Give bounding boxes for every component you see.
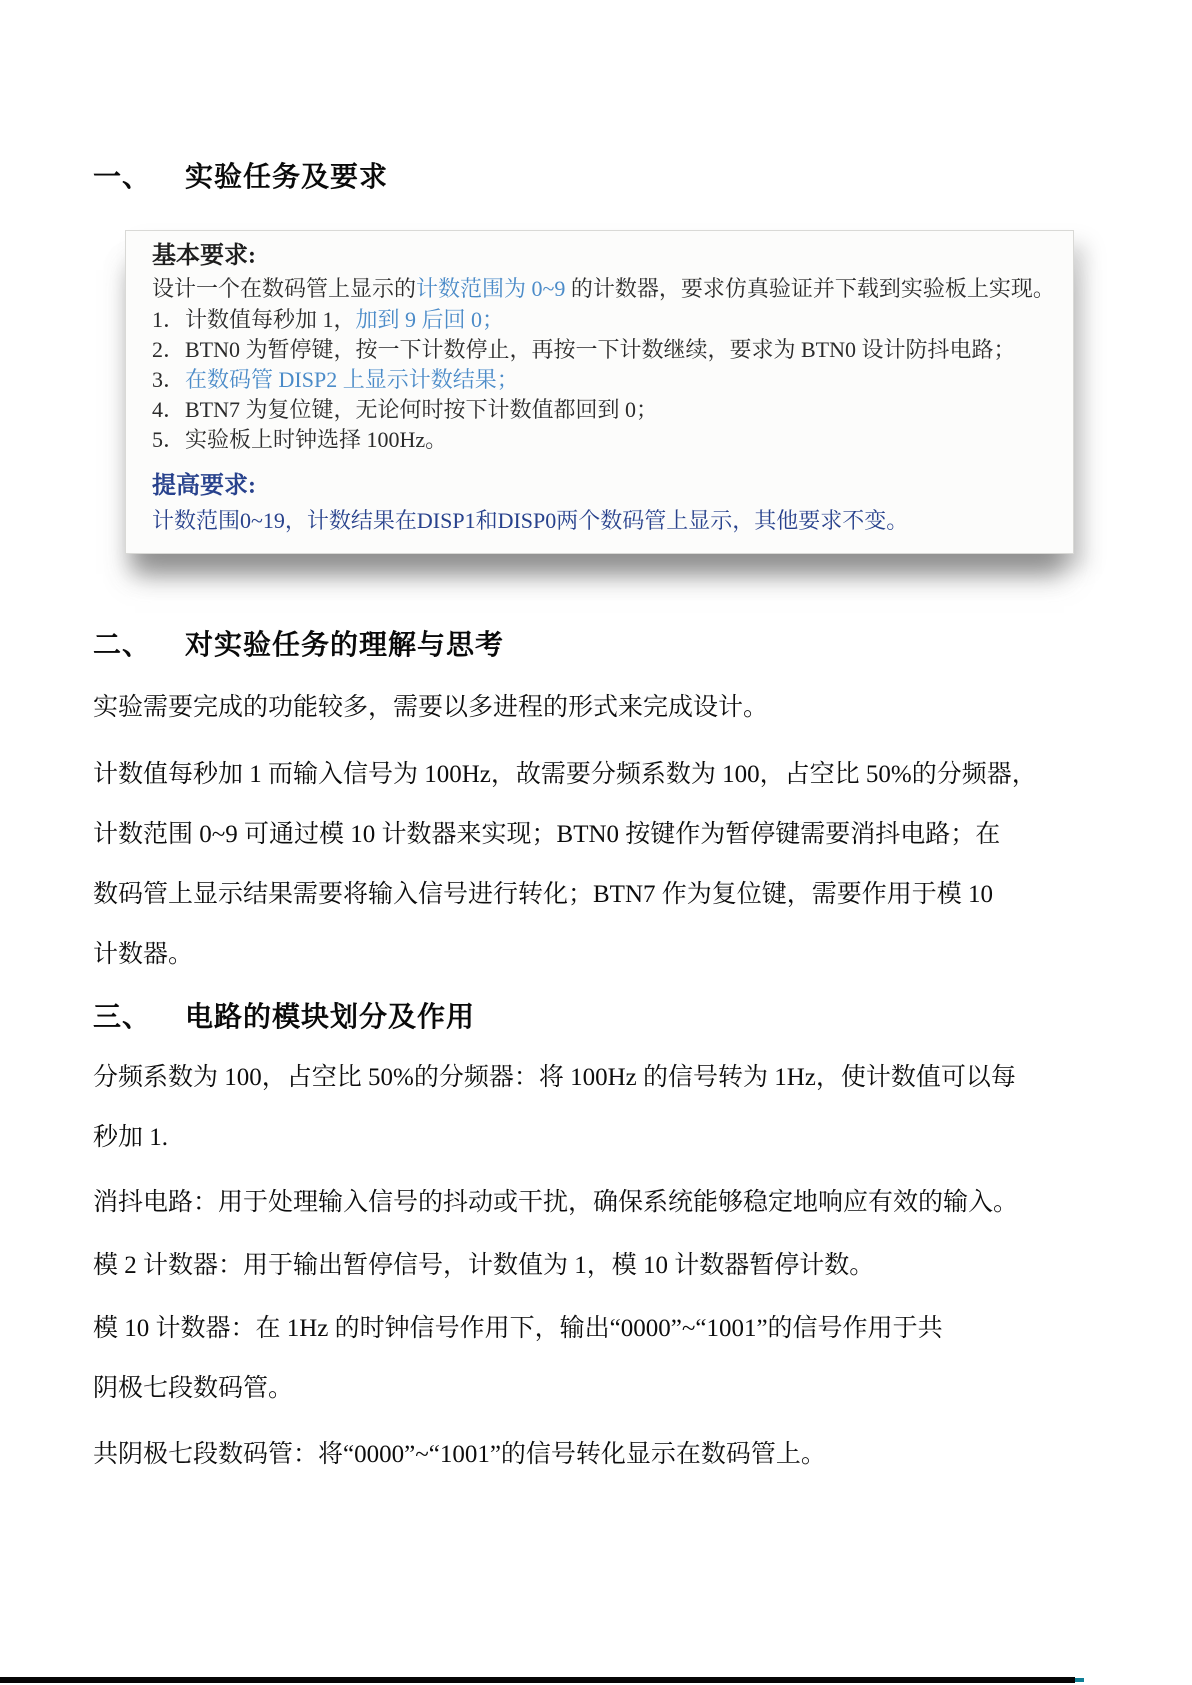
intro-text-post: 的计数器，要求仿真验证并下载到实验板上实现。 [565, 276, 1055, 301]
section3-paragraph-3: 模 2 计数器：用于输出暂停信号，计数值为 1，模 10 计数器暂停计数。 [93, 1236, 1113, 1296]
box-spacer [152, 455, 1073, 469]
bottom-scan-line [0, 1677, 1075, 1683]
requirements-screenshot-box: 基本要求: 设计一个在数码管上显示的计数范围为 0~9 的计数器，要求仿真验证并… [125, 230, 1074, 554]
intro-highlight: 计数范围为 0~9 [416, 276, 565, 301]
section1-title: 实验任务及要求 [185, 160, 388, 193]
section3-paragraph-5: 共阴极七段数码管：将“0000”~“1001”的信号转化显示在数码管上。 [93, 1425, 1113, 1485]
document-page: 一、实验任务及要求 基本要求: 设计一个在数码管上显示的计数范围为 0~9 的计… [0, 0, 1192, 1685]
advanced-requirements-label: 提高要求: [152, 469, 1073, 503]
section1-number: 一、 [93, 157, 151, 197]
section3-title: 电路的模块划分及作用 [185, 1000, 475, 1033]
section3-paragraph-2: 消抖电路：用于处理输入信号的抖动或干扰，确保系统能够稳定地响应有效的输入。 [93, 1173, 1113, 1233]
section2-heading: 二、对实验任务的理解与思考 [93, 625, 504, 665]
section2-number: 二、 [93, 625, 151, 665]
intro-text-pre: 设计一个在数码管上显示的 [152, 276, 416, 301]
requirement-item-2: 2．BTN0 为暂停键，按一下计数停止，再按一下计数继续，要求为 BTN0 设计… [152, 335, 1073, 365]
section3-paragraph-1: 分频系数为 100，占空比 50%的分频器：将 100Hz 的信号转为 1Hz，… [93, 1048, 1113, 1168]
section2-paragraph-2: 计数值每秒加 1 而输入信号为 100Hz，故需要分频系数为 100，占空比 5… [93, 745, 1113, 985]
requirements-intro-line: 设计一个在数码管上显示的计数范围为 0~9 的计数器，要求仿真验证并下载到实验板… [152, 273, 1073, 305]
requirement-item-4: 4．BTN7 为复位键，无论何时按下计数值都回到 0； [152, 395, 1073, 425]
bottom-scan-mark [1075, 1678, 1084, 1682]
item3-number: 3． [152, 367, 185, 392]
requirement-item-5: 5．实验板上时钟选择 100Hz。 [152, 425, 1073, 455]
section3-heading: 三、电路的模块划分及作用 [93, 997, 475, 1037]
section1-heading: 一、实验任务及要求 [93, 157, 388, 197]
advanced-requirements-text: 计数范围0~19，计数结果在DISP1和DISP0两个数码管上显示，其他要求不变… [152, 503, 1073, 539]
section3-number: 三、 [93, 997, 151, 1037]
item1-highlight: 加到 9 后回 0； [356, 307, 505, 332]
item1-text: 1．计数值每秒加 1， [152, 307, 356, 332]
section2-paragraph-1: 实验需要完成的功能较多，需要以多进程的形式来完成设计。 [93, 678, 1113, 738]
requirement-item-1: 1．计数值每秒加 1，加到 9 后回 0； [152, 305, 1073, 335]
requirement-item-3: 3．在数码管 DISP2 上显示计数结果； [152, 365, 1073, 395]
item3-highlight: 在数码管 DISP2 上显示计数结果； [185, 367, 519, 392]
section2-title: 对实验任务的理解与思考 [185, 628, 504, 661]
basic-requirements-label: 基本要求: [152, 239, 1073, 273]
section3-paragraph-4: 模 10 计数器：在 1Hz 的时钟信号作用下，输出“0000”~“1001”的… [93, 1299, 1113, 1419]
